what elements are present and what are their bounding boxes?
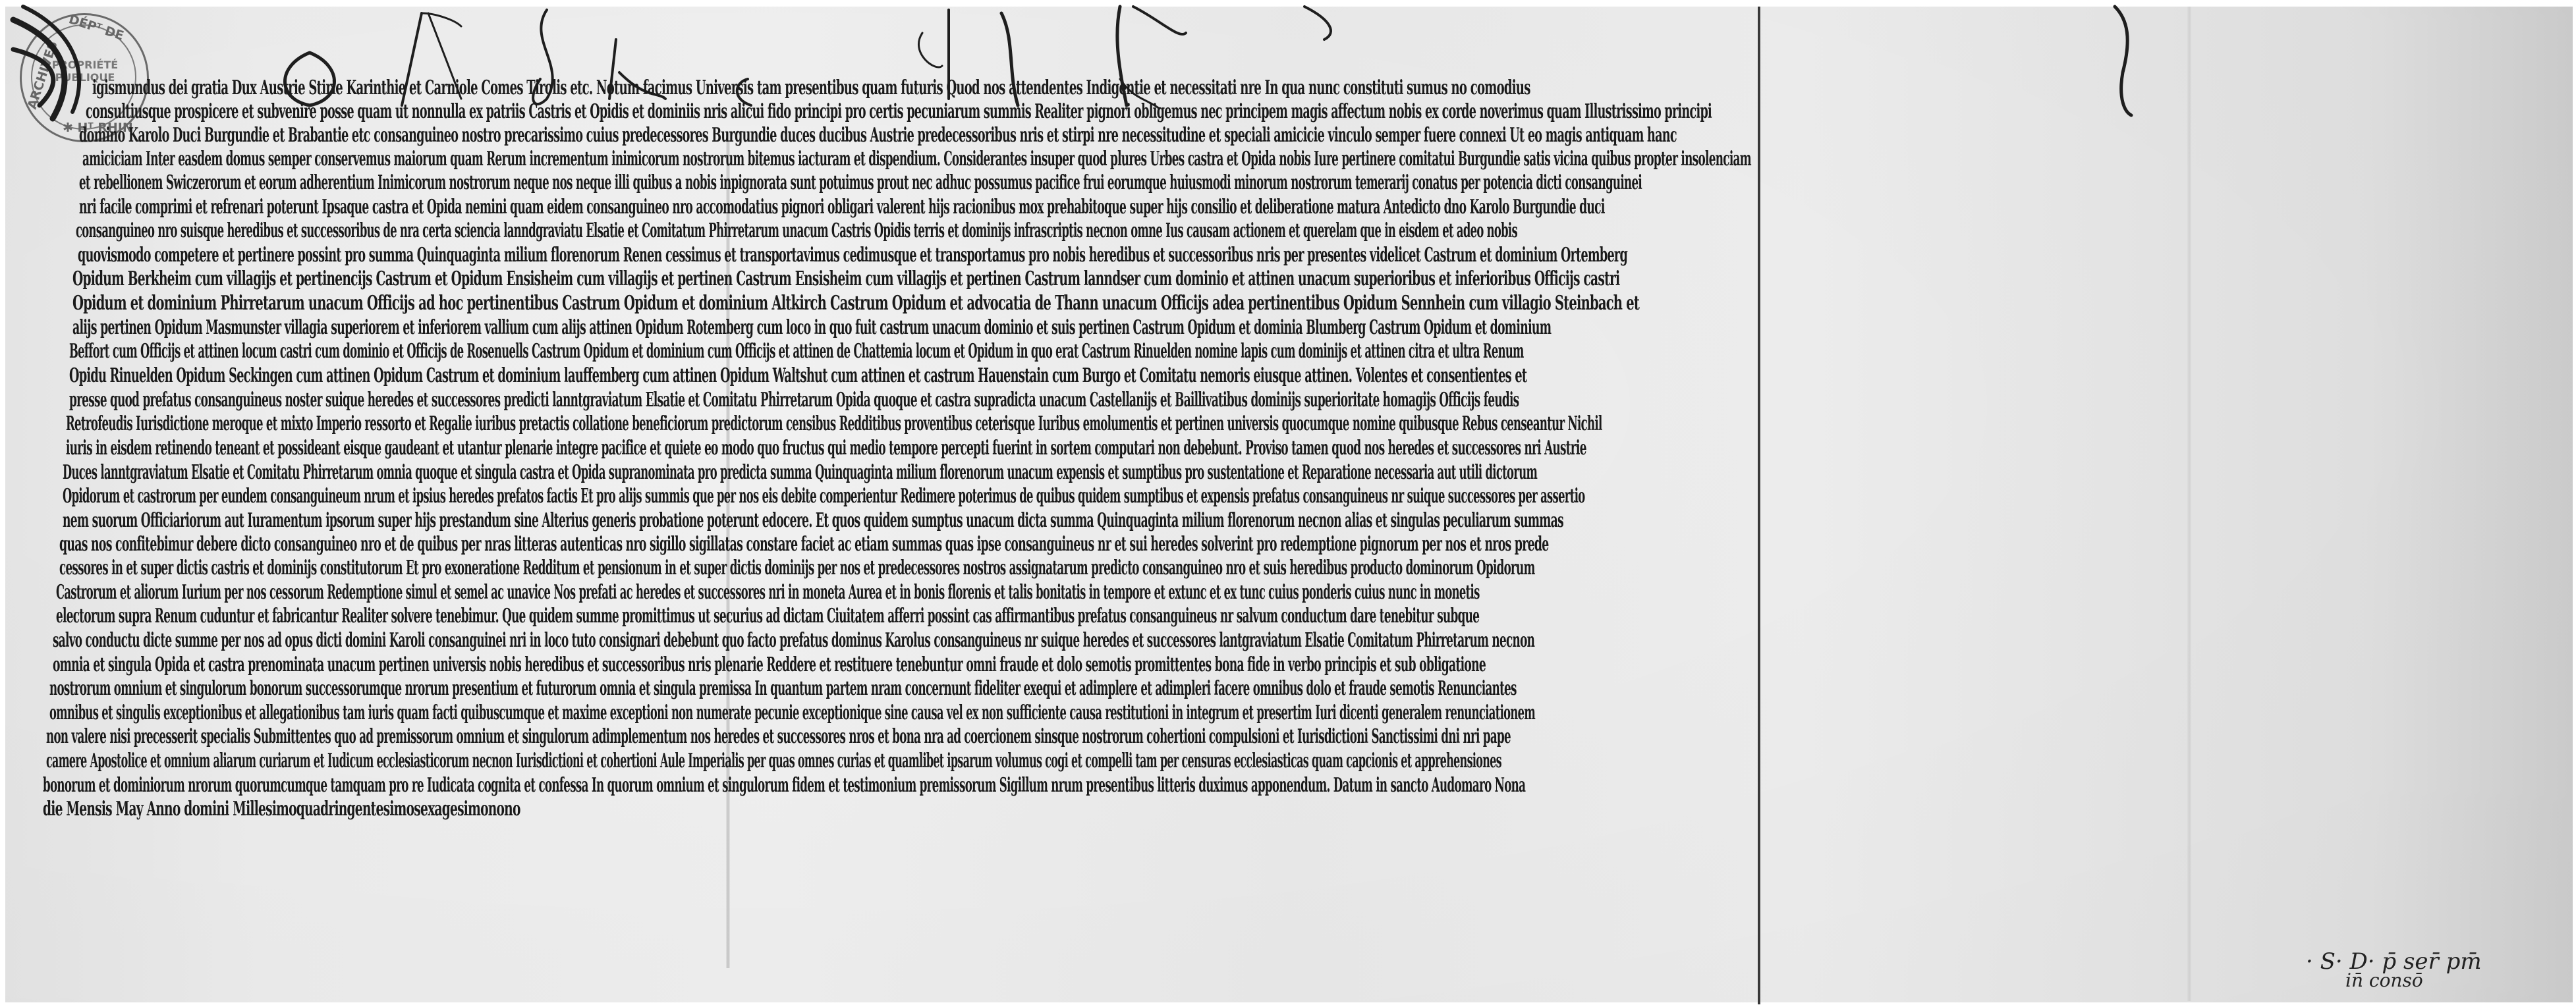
text-line: salvo conductu dicte summe per nos ad op…	[53, 629, 1534, 652]
text-line: omnia et singula Opida et castra prenomi…	[53, 653, 1486, 676]
text-line: omnibus et singulis exceptionibus et all…	[49, 701, 1535, 724]
text-line: presse quod prefatus consanguineus noste…	[69, 389, 1519, 412]
text-line: Opidorum et castrorum per eundem consang…	[63, 485, 1585, 508]
text-line: amiciciam Inter easdem domus semper cons…	[82, 148, 1751, 171]
text-line: electorum supra Renum cuduntur et fabric…	[56, 605, 1479, 628]
text-line: nostrorum omnium et singulorum bonorum s…	[49, 677, 1517, 700]
text-line: quas nos confitebimur debere dicto consa…	[59, 533, 1549, 556]
text-line: igismundus dei gratia Dux Austrie Stirie…	[92, 76, 1530, 99]
notary-signature: · S· D· p̄ ser̄ pm̄ in̄ consō	[2306, 948, 2482, 991]
text-line: Opidum Berkheim cum villagijs et pertine…	[72, 267, 1619, 290]
text-line: Opidum et dominium Phirretarum unacum Of…	[72, 292, 1639, 315]
text-line: Beffort cum Officijs et attinen locum ca…	[69, 340, 1524, 363]
text-line: et rebellionem Swiczerorum et eorum adhe…	[79, 171, 1642, 194]
text-line: camere Apostolice et omnium aliarum curi…	[46, 749, 1501, 773]
text-line: Opidu Rinuelden Opidum Seckingen cum att…	[69, 364, 1526, 387]
text-line: Retrofeudis Iurisdictione meroque et mix…	[66, 412, 1602, 435]
text-line: bonorum et dominiorum nrorum quorumcumqu…	[43, 774, 1525, 797]
text-line: consultiusque prospicere et subvenire po…	[86, 100, 1712, 123]
fold-crease-faint	[2187, 7, 2191, 1001]
text-line: quovismodo competere et pertinere possin…	[78, 244, 1627, 267]
text-line: nem suorum Officiariorum aut Iuramentum …	[63, 509, 1563, 532]
text-line: Duces lanntgraviatum Elsatie et Comitatu…	[63, 461, 1537, 484]
text-line: Castrorum et aliorum Iurium per nos cess…	[56, 581, 1480, 604]
text-line: domino Karolo Duci Burgundie et Brabanti…	[79, 124, 1677, 147]
text-line: iuris in eisdem retinendo teneant et pos…	[66, 437, 1586, 460]
text-line: cessores in et super dictis castris et d…	[59, 557, 1535, 580]
text-line: nri facile comprimi et refrenari poterun…	[79, 196, 1605, 219]
text-line: alijs pertinen Opidum Masmunster villagi…	[72, 316, 1551, 339]
text-line: non valere nisi precesserit specialis Su…	[46, 725, 1511, 748]
text-line: consanguineo nro suisque heredibus et su…	[76, 219, 1517, 242]
text-line: die Mensis May Anno domini Millesimoquad…	[43, 798, 520, 821]
fold-crease-right	[1758, 7, 1760, 1004]
